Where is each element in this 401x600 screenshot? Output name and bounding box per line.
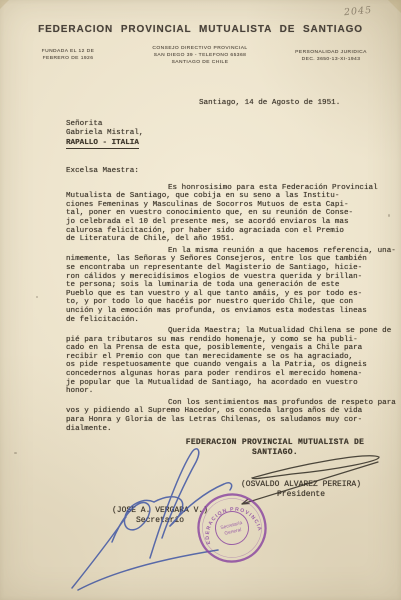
scan-speck — [388, 214, 390, 217]
dateline: Santiago, 14 de Agosto de 1951. — [199, 99, 340, 107]
archive-number-annotation: 2045 — [344, 5, 373, 18]
recipient-title: Señorita — [66, 120, 143, 129]
paragraph-3: Querida Maestra; la Mutualidad Chilena s… — [66, 327, 396, 396]
page-corner-fold — [0, 0, 9, 9]
paragraph-4: Con los sentimientos mas profundos de re… — [66, 399, 396, 433]
recipient-block: Señorita Gabriela Mistral, RAPALLO - ITA… — [66, 120, 143, 149]
closing-organization: FEDERACION PROVINCIAL MUTUALISTA DE SANT… — [172, 438, 378, 457]
letterhead-title: FEDERACION PROVINCIAL MUTUALISTA DE SANT… — [0, 24, 401, 35]
page-corner-fold — [388, 0, 401, 13]
scanned-letter-page: 2045 FEDERACION PROVINCIAL MUTUALISTA DE… — [0, 0, 401, 600]
scan-speck — [36, 296, 38, 298]
salutation: Excelsa Maestra: — [66, 167, 396, 176]
paragraph-1: Es honrosisimo para esta Federación Prov… — [66, 184, 396, 244]
scan-speck — [14, 452, 17, 454]
recipient-place: RAPALLO - ITALIA — [66, 139, 139, 150]
paragraph-2: En la misma reunión a que hacemos refere… — [66, 247, 396, 324]
letterhead-legal-note: PERSONALIDAD JURIDICA DEC. 3650-13-XI-19… — [276, 49, 386, 63]
letter-body: Excelsa Maestra: Es honrosisimo para est… — [66, 167, 396, 436]
letterhead-founded-note: FUNDADA EL 12 DE FEBRERO DE 1926 — [22, 48, 114, 62]
recipient-name: Gabriela Mistral, — [66, 129, 143, 138]
letterhead-address: CONSEJO DIRECTIVO PROVINCIAL SAN DIEGO 3… — [120, 45, 280, 66]
